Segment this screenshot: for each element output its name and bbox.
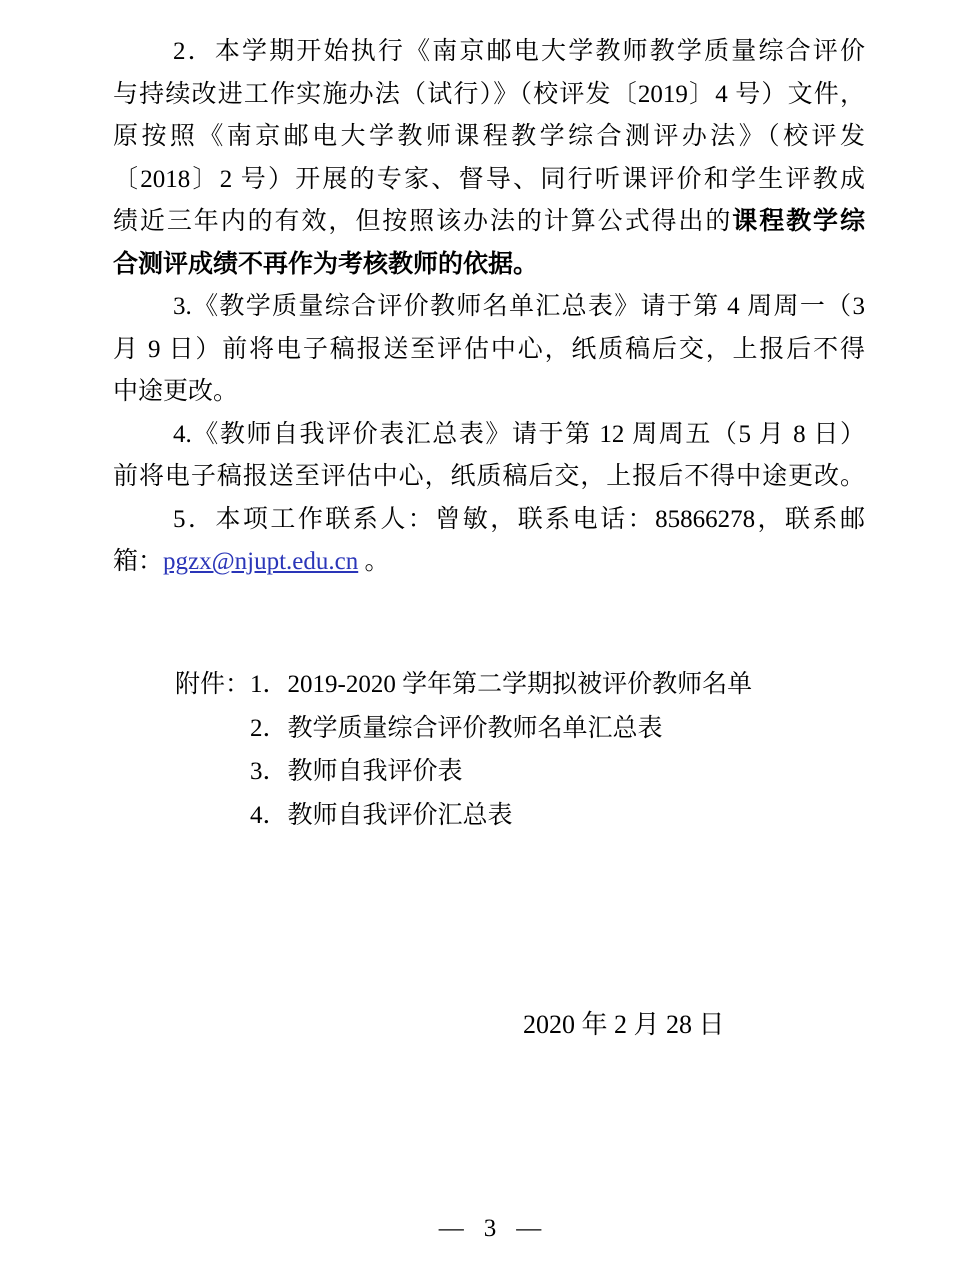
page-footer: — 3 — (0, 1212, 980, 1246)
attachment-item: 2．教学质量综合评价教师名单汇总表 (250, 707, 752, 751)
page-number: 3 (484, 1212, 497, 1246)
attachments-section: 附件： 1．2019-2020 学年第二学期拟被评价教师名单 2．教学质量综合评… (175, 663, 752, 837)
emphasis-bold-text: 课程教学综 (732, 208, 865, 235)
document-body: 2．本学期开始执行《南京邮电大学教师教学质量综合评价与持续改进工作实施办法（试行… (113, 31, 865, 584)
body-text-segment: 原按照《南京邮电大学教师课程教学综合测评办法》（校评发 (113, 123, 865, 150)
body-text-segment: 月 9 日）前将电子稿报送至评估中心，纸质稿后交，上报后不得 (113, 336, 865, 363)
body-text-segment: 〔2018〕2 号）开展的专家、督导、同行听课评价和学生评教成 (113, 166, 865, 193)
attachment-item: 4．教师自我评价汇总表 (250, 794, 752, 838)
text-line: 3.《教学质量综合评价教师名单汇总表》请于第 4 周周一（3 (113, 286, 865, 329)
body-text-segment: 箱： (113, 548, 163, 575)
attachment-item: 3．教师自我评价表 (250, 750, 752, 794)
text-line: 2．本学期开始执行《南京邮电大学教师教学质量综合评价 (113, 31, 865, 74)
text-line: 前将电子稿报送至评估中心，纸质稿后交，上报后不得中途更改。 (113, 456, 865, 499)
attachment-item: 1．2019-2020 学年第二学期拟被评价教师名单 (250, 663, 752, 707)
attachments-label: 附件： (175, 663, 250, 707)
text-line: 月 9 日）前将电子稿报送至评估中心，纸质稿后交，上报后不得 (113, 329, 865, 372)
body-text-segment: 5．本项工作联系人：曾敏，联系电话：85866278，联系邮 (173, 506, 865, 533)
text-line: 5．本项工作联系人：曾敏，联系电话：85866278，联系邮 (113, 499, 865, 542)
text-line: 绩近三年内的有效，但按照该办法的计算公式得出的课程教学综 (113, 201, 865, 244)
text-line: 4.《教师自我评价表汇总表》请于第 12 周周五（5 月 8 日） (113, 414, 865, 457)
text-line: 合测评成绩不再作为考核教师的依据。 (113, 244, 865, 287)
document-page: 2．本学期开始执行《南京邮电大学教师教学质量综合评价与持续改进工作实施办法（试行… (0, 0, 980, 1278)
text-line: 箱：pgzx@njupt.edu.cn 。 (113, 541, 865, 584)
body-text-segment: 4.《教师自我评价表汇总表》请于第 12 周周五（5 月 8 日） (173, 421, 865, 448)
footer-dash-right: — (516, 1212, 541, 1246)
document-date: 2020 年 2 月 28 日 (523, 1008, 725, 1042)
text-line: 〔2018〕2 号）开展的专家、督导、同行听课评价和学生评教成 (113, 159, 865, 202)
body-text-segment: 绩近三年内的有效，但按照该办法的计算公式得出的 (113, 208, 732, 235)
body-text-segment: 2．本学期开始执行《南京邮电大学教师教学质量综合评价 (173, 38, 865, 65)
text-line: 与持续改进工作实施办法（试行）》（校评发〔2019〕4 号）文件， (113, 74, 865, 117)
footer-dash-left: — (439, 1212, 464, 1246)
body-text-segment: 与持续改进工作实施办法（试行）》（校评发〔2019〕4 号）文件， (113, 81, 865, 108)
emphasis-bold-text: 合测评成绩不再作为考核教师的依据。 (113, 251, 538, 278)
body-text-segment: 中途更改。 (113, 378, 238, 405)
email-link[interactable]: pgzx@njupt.edu.cn (163, 548, 358, 575)
body-text-segment: 。 (358, 548, 389, 575)
text-line: 中途更改。 (113, 371, 865, 414)
text-line: 原按照《南京邮电大学教师课程教学综合测评办法》（校评发 (113, 116, 865, 159)
attachments-list: 1．2019-2020 学年第二学期拟被评价教师名单 2．教学质量综合评价教师名… (250, 663, 752, 837)
body-text-segment: 3.《教学质量综合评价教师名单汇总表》请于第 4 周周一（3 (173, 293, 865, 320)
body-text-segment: 前将电子稿报送至评估中心，纸质稿后交，上报后不得中途更改。 (113, 463, 865, 490)
